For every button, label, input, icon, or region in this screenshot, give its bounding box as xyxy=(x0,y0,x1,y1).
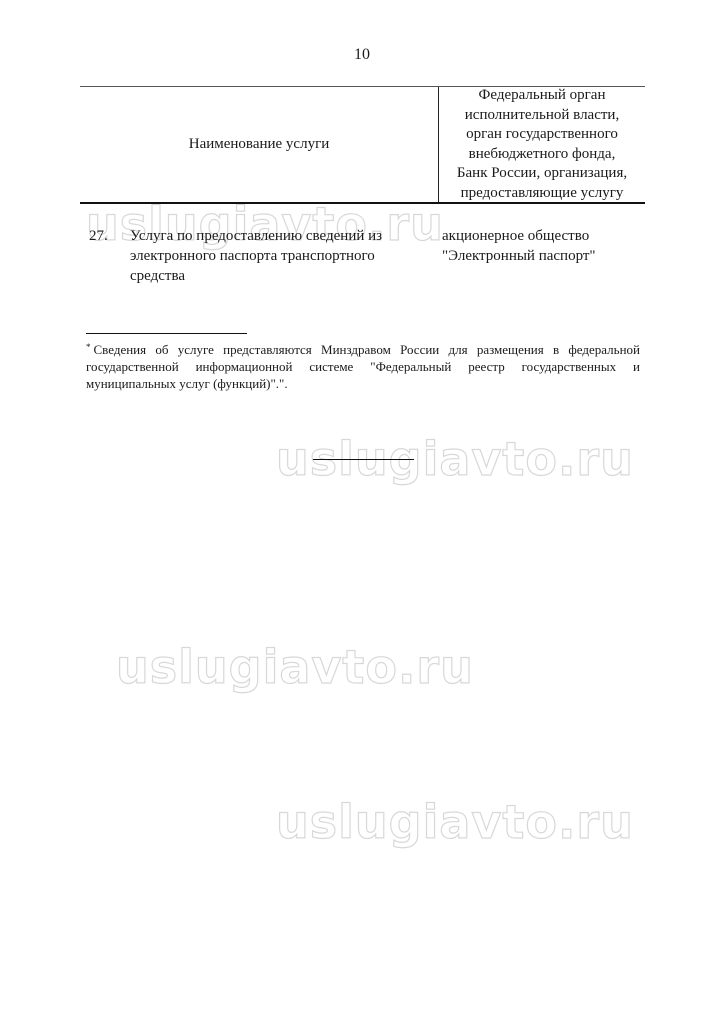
header-provider-line: предоставляющие услугу xyxy=(461,184,624,204)
footnote-mark: * xyxy=(86,342,91,352)
header-provider-line: орган государственного xyxy=(466,125,618,145)
row-provider: акционерное общество "Электронный паспор… xyxy=(442,226,642,266)
page-number: 10 xyxy=(0,46,724,64)
header-provider-line: Федеральный орган xyxy=(479,86,606,106)
header-provider-line: исполнительной власти, xyxy=(465,106,619,126)
header-provider: Федеральный орган исполнительной власти,… xyxy=(439,87,645,202)
service-line: средства xyxy=(130,266,430,286)
header-provider-line: Банк России, организация, xyxy=(457,164,627,184)
watermark: uslugiavto.ru xyxy=(276,795,634,849)
row-service-name: Услуга по предоставлению сведений из эле… xyxy=(130,226,430,286)
footnote: *Сведения об услуге представляются Минзд… xyxy=(86,341,640,392)
end-of-document-rule xyxy=(313,459,414,460)
service-line: электронного паспорта транспортного xyxy=(130,246,430,266)
service-line: Услуга по предоставлению сведений из xyxy=(130,226,430,246)
provider-line: акционерное общество xyxy=(442,226,642,246)
row-number: 27. xyxy=(89,226,108,246)
header-service-name: Наименование услуги xyxy=(80,87,438,202)
table-header: Наименование услуги Федеральный орган ис… xyxy=(80,86,645,204)
footnote-text: Сведения об услуге представляются Минздр… xyxy=(86,342,640,391)
watermark: uslugiavto.ru xyxy=(116,640,474,694)
footnote-separator xyxy=(86,333,247,334)
header-provider-line: внебюджетного фонда, xyxy=(469,145,616,165)
provider-line: "Электронный паспорт" xyxy=(442,246,642,266)
